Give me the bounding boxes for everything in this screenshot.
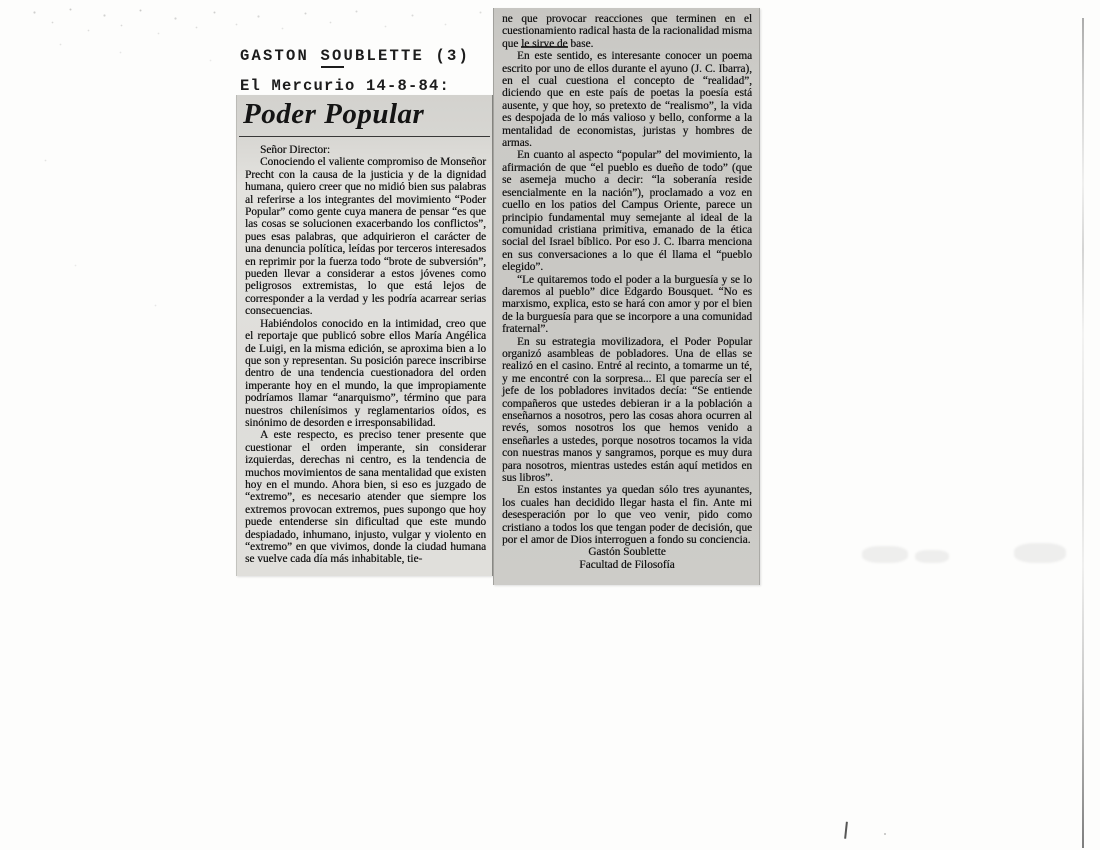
typed-author-post: UBLETTE (3) — [344, 47, 471, 65]
article-headline: Poder Popular — [237, 95, 492, 133]
article-paragraph: En estos instantes ya quedan sólo tres a… — [502, 484, 752, 546]
typed-author-pre: GASTON — [240, 47, 321, 65]
article-paragraph: A este respecto, es preciso tener presen… — [245, 429, 486, 565]
typed-source-line: El Mercurio 14-8-84: — [240, 77, 450, 95]
signature-name: Gastón Soublette — [502, 546, 752, 558]
typed-author-line: GASTON SOUBLETTE (3) — [240, 47, 470, 65]
newspaper-clipping-left: Poder Popular Señor Director: Conociendo… — [236, 95, 493, 576]
typed-author-underlined: SO — [321, 47, 344, 68]
scan-smudge — [1014, 543, 1066, 563]
signature-block: Gastón Soublette Facultad de Filosofía — [502, 546, 752, 571]
ink-dot — [884, 833, 886, 835]
article-column-1: Señor Director: Conociendo el valiente c… — [237, 137, 492, 576]
article-paragraph: “Le quitaremos todo el poder a la burgue… — [502, 274, 752, 336]
signature-affiliation: Facultad de Filosofía — [502, 559, 752, 571]
pen-marked-phrase: le sirve de — [521, 38, 567, 50]
scan-smudge — [862, 546, 908, 563]
photocopy-noise — [0, 0, 1, 1]
article-column-2: ne que provocar reacciones que terminen … — [494, 8, 759, 585]
copier-edge-line — [1082, 18, 1084, 848]
ink-mark — [844, 822, 853, 840]
article-paragraph: En este sentido, es interesante conocer … — [502, 50, 752, 149]
scan-smudge — [915, 550, 949, 563]
newspaper-clipping-right: ne que provocar reacciones que terminen … — [493, 8, 760, 585]
salutation: Señor Director: — [245, 144, 486, 156]
article-paragraph: Conociendo el valiente compromiso de Mon… — [245, 156, 486, 317]
continuation-text-end: base. — [568, 38, 594, 50]
article-paragraph: Habiéndolos conocido en la intimidad, cr… — [245, 318, 486, 430]
article-paragraph: En su estrategia movilizadora, el Poder … — [502, 336, 752, 485]
article-paragraph: En cuanto al aspecto “popular” del movim… — [502, 149, 752, 273]
article-paragraph-continuation: ne que provocar reacciones que terminen … — [502, 13, 752, 50]
